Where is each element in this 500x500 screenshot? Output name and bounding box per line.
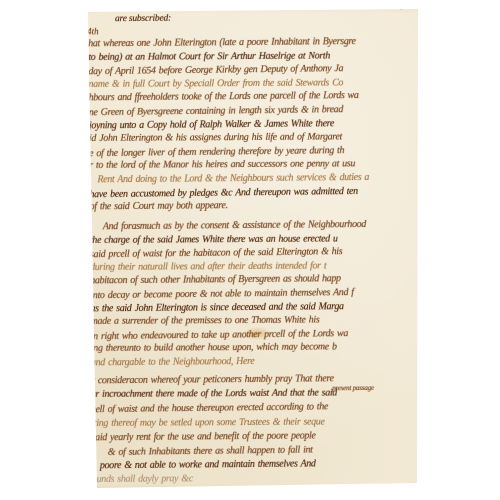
manuscript-line: r to the lord of the Manor his heires an… — [89, 157, 499, 173]
manuscript-line: id John Elterington & his assignes durin… — [89, 130, 499, 146]
manuscript-page: ʒ ſ ɔ are subscribed: 4th hat whereas on… — [0, 0, 500, 500]
ink-flourish: ʒ — [250, 0, 257, 12]
manuscript-line: tting thereof may be setled upon some Tr… — [91, 414, 500, 431]
photo-background: ʒ ſ ɔ are subscribed: 4th hat whereas on… — [0, 0, 500, 500]
text-layer: ʒ ſ ɔ are subscribed: 4th hat whereas on… — [0, 0, 500, 500]
interlinear-insertion: present passage — [332, 384, 374, 392]
manuscript-line: made a surrender of the premisses to one… — [91, 313, 500, 329]
paragraph-house-history: And forasmuch as by the consent & assist… — [90, 217, 500, 370]
paragraph-prayer: r consideracon whereof your peticoners h… — [91, 371, 500, 488]
subscription-line: are subscribed: — [115, 14, 171, 24]
paragraph-admittance: hat whereas one John Elterington (late a… — [88, 34, 500, 214]
manuscript-line: during their naturall lives and after th… — [90, 258, 500, 274]
manuscript-line: ounds shall dayly pray &c — [92, 471, 500, 488]
manuscript-line: Rent And doing to the Lord & the Neighbo… — [89, 170, 499, 187]
margin-note: 4th — [87, 26, 99, 36]
manuscript-line: name & in full Court by Speciall Order f… — [89, 75, 499, 91]
manuscript-line: ing thereunto to build another house upo… — [91, 340, 500, 356]
manuscript-line: and chargable to the Neighbourhood, Here — [91, 353, 500, 370]
manuscript-line: hat whereas one John Elterington (late a… — [88, 34, 498, 51]
manuscript-line: And forasmuch as by the consent & assist… — [90, 217, 500, 234]
ink-flourish: ɔ — [397, 0, 407, 14]
ink-flourish: ſ — [336, 0, 345, 9]
